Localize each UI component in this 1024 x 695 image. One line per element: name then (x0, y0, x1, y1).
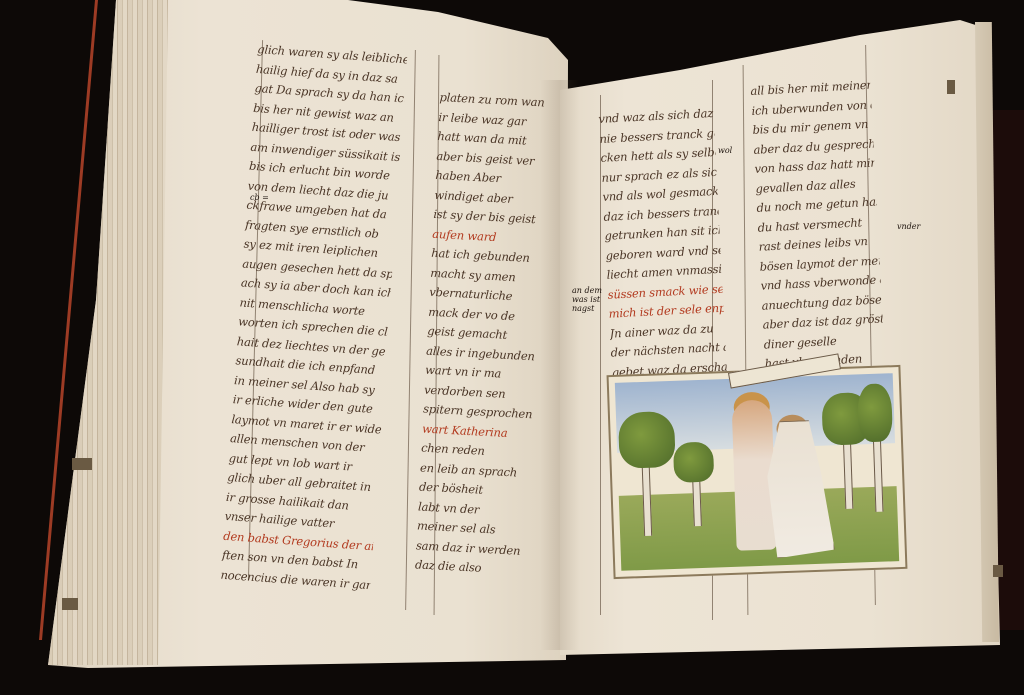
margin-note-left: cb = (250, 193, 269, 202)
gutter-note-line: was ist (572, 295, 602, 304)
gutter-note-line: nagst (572, 304, 602, 313)
tree-icon (673, 442, 714, 483)
page-tab (72, 458, 92, 470)
tree-icon (857, 383, 893, 442)
margin-note-right: vnder (897, 222, 920, 231)
open-book: glich waren sy als leiblicher hailig hie… (0, 0, 1024, 695)
margin-note-right: wol (718, 146, 732, 155)
illuminated-miniature (607, 365, 908, 579)
gutter-note: an dem was ist nagst (572, 286, 602, 313)
manuscript-photo: glich waren sy als leiblicher hailig hie… (0, 0, 1024, 695)
page-tab (947, 80, 955, 94)
page-tab (62, 598, 78, 610)
gutter-note-line: an dem (572, 286, 602, 295)
tree-icon (618, 411, 676, 469)
page-tab (993, 565, 1003, 577)
